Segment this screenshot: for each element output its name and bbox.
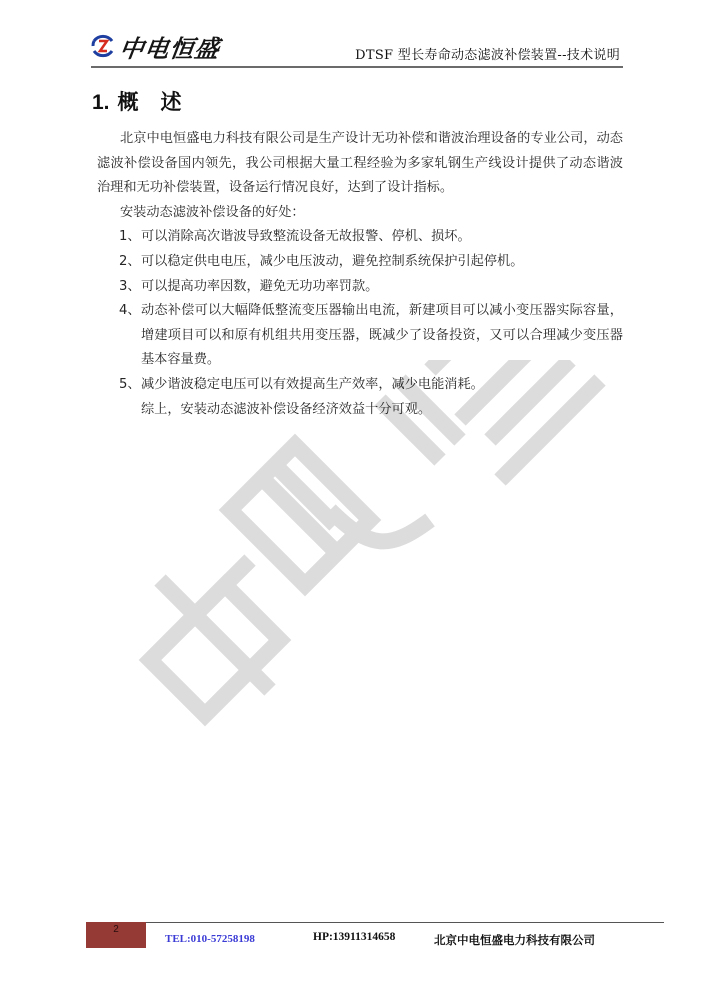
logo-text: 中电恒盛 (118, 29, 223, 64)
section-title-part2: 述 (161, 91, 182, 114)
list-item-number: 3、 (119, 275, 141, 300)
document-page: 中电恒盛 DTSF 型长寿命动态滤波补偿装置--技术说明 1.概述 北京中电恒盛… (0, 0, 706, 1000)
benefits-intro: 安装动态滤波补偿设备的好处： (97, 201, 623, 226)
list-item-text: 可以稳定供电电压，减少电压波动，避免控制系统保护引起停机。 (141, 250, 623, 275)
footer-telephone: TEL:010-57258198 (165, 933, 255, 945)
document-title: DTSF 型长寿命动态滤波补偿装置--技术说明 (355, 44, 620, 63)
header-divider (91, 66, 623, 68)
section-heading: 1.概述 (92, 86, 182, 116)
list-item: 3、 可以提高功率因数，避免无功功率罚款。 (119, 275, 623, 300)
list-item-text: 可以消除高次谐波导致整流设备无故报警、停机、损坏。 (141, 225, 623, 250)
section-number: 1. (92, 91, 110, 114)
intro-paragraph: 北京中电恒盛电力科技有限公司是生产设计无功补偿和谐波治理设备的专业公司，动态滤波… (97, 127, 623, 201)
section-body: 北京中电恒盛电力科技有限公司是生产设计无功补偿和谐波治理设备的专业公司，动态滤波… (97, 127, 623, 422)
list-item-text: 减少谐波稳定电压可以有效提高生产效率，减少电能消耗。 (141, 373, 623, 398)
list-item: 1、 可以消除高次谐波导致整流设备无故报警、停机、损坏。 (119, 225, 623, 250)
conclusion-paragraph: 综上，安装动态滤波补偿设备经济效益十分可观。 (141, 398, 623, 423)
list-item-number: 1、 (119, 225, 141, 250)
list-item: 5、 减少谐波稳定电压可以有效提高生产效率，减少电能消耗。 (119, 373, 623, 398)
list-item-text: 动态补偿可以大幅降低整流变压器输出电流，新建项目可以减小变压器实际容量，增建项目… (141, 299, 623, 373)
footer-mobile: HP:13911314658 (313, 931, 395, 943)
list-item: 2、 可以稳定供电电压，减少电压波动，避免控制系统保护引起停机。 (119, 250, 623, 275)
list-item-number: 4、 (119, 299, 141, 373)
list-item: 4、 动态补偿可以大幅降低整流变压器输出电流，新建项目可以减小变压器实际容量，增… (119, 299, 623, 373)
list-item-number: 5、 (119, 373, 141, 398)
footer-divider (146, 922, 664, 923)
logo-emblem-icon (90, 33, 116, 59)
company-logo: 中电恒盛 (90, 30, 220, 62)
footer-company-name: 北京中电恒盛电力科技有限公司 (434, 932, 595, 948)
list-item-number: 2、 (119, 250, 141, 275)
page-number: 2 (86, 924, 146, 935)
list-item-text: 可以提高功率因数，避免无功功率罚款。 (141, 275, 623, 300)
section-title-part1: 概 (118, 91, 139, 114)
page-number-box: 2 (86, 922, 146, 948)
